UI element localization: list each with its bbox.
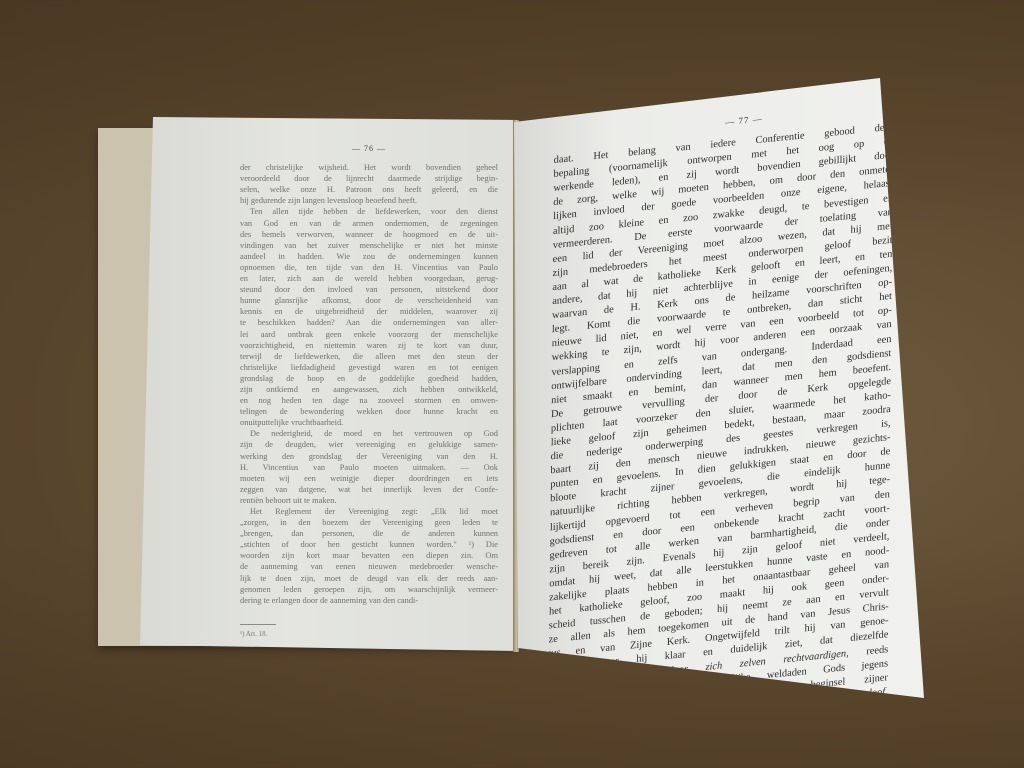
- text-line: vindingen van het zuiver menschelijke er…: [240, 240, 498, 251]
- text-line: „stichten of door hen gesticht kunnen wo…: [240, 539, 498, 550]
- text-line: woorden zijn kort maar bevatten een diep…: [240, 550, 498, 561]
- footnote: ¹) Art. 18.: [240, 629, 498, 640]
- text-line: veroordeeld door de lijnrecht daarmede s…: [240, 173, 498, 184]
- text-line: en later, zich aan de wereld hebben voor…: [240, 273, 498, 284]
- text-line: rentiën behoort uit te maken.: [240, 495, 498, 506]
- text-line: H. Vincentius van Paulo moeten uitmaken.…: [240, 462, 498, 473]
- text-line: opnoemen die, ten tijde van den H. Vince…: [240, 262, 498, 273]
- text-line: terwijl de liefdewerken, die alleen met …: [240, 351, 498, 362]
- text-line: Het Reglement der Vereeniging zegt: „Elk…: [240, 506, 498, 517]
- text-line: hij gedurende zijn langen levensloop beo…: [240, 195, 498, 206]
- text-line: „brengen, dan personen, die de anderen k…: [240, 528, 498, 539]
- text-line: Ten allen tijde hebben de liefdewerken, …: [240, 206, 498, 217]
- text-line: steund door den invloed van personen, ui…: [240, 284, 498, 295]
- left-page-lines: der christelijke wijsheid. Het wordt bov…: [240, 162, 498, 606]
- text-line: zeggen van datgene, wat het innerlijk le…: [240, 484, 498, 495]
- text-line: lei aard ontbrak geen enkele voorzorg de…: [240, 329, 498, 340]
- text-line: De nederigheid, de moed en het vertrouwe…: [240, 428, 498, 439]
- right-page: — 77 — daat. Het belang van iedere Confe…: [514, 78, 924, 700]
- text-line: „zorgen, in den boezem der Vereeniging g…: [240, 517, 498, 528]
- text-line: onuitputtelijke vruchtbaarheid.: [240, 417, 498, 428]
- right-page-text: — 77 — daat. Het belang van iedere Confe…: [548, 99, 894, 700]
- text-line: telingen de bewondering wekken door hunn…: [240, 406, 498, 417]
- text-line: zijn ontkiemd en aangewassen, zich hebbe…: [240, 384, 498, 395]
- left-page: — 76 — der christelijke wijsheid. Het wo…: [140, 117, 518, 651]
- text-line: werking den grondslag der Vereeniging va…: [240, 451, 498, 462]
- footnote-rule: [240, 624, 276, 625]
- left-page-text: — 76 — der christelijke wijsheid. Het wo…: [240, 143, 498, 640]
- right-page-lines: daat. Het belang van iedere Conferentie …: [548, 121, 894, 700]
- text-line: van God en van de armen ondernomen, de z…: [240, 218, 498, 229]
- text-line: selen, welke onze H. Patroon ons heeft g…: [240, 184, 498, 195]
- text-line: grondslag de hoop en de goddelijke goedh…: [240, 373, 498, 384]
- text-line: hunne glansrijke afkomst, door de versch…: [240, 295, 498, 306]
- text-line: kennis en de uitgebreidheid der middelen…: [240, 306, 498, 317]
- text-line: voorzichtigheid, en niettemin waren zij …: [240, 340, 498, 351]
- text-line: der christelijke wijsheid. Het wordt bov…: [240, 162, 498, 173]
- text-line: genomen leden geroepen zijn, om waarschi…: [240, 584, 498, 595]
- text-line: aandeel in hadden. Wie zou de ondernemin…: [240, 251, 498, 262]
- left-page-number: — 76 —: [240, 143, 498, 154]
- text-line: moeten wij een weinigje dieper doordring…: [240, 473, 498, 484]
- text-line: christelijke liefdadigheid gevestigd war…: [240, 362, 498, 373]
- text-line: des hemels verworven, wanneer de hoogmoe…: [240, 229, 498, 240]
- text-line: de aanneming van eenen nieuwen medebroed…: [240, 561, 498, 572]
- text-line: zijn de deugden, wier vereeniging en gel…: [240, 439, 498, 450]
- text-line: lijk te doen zijn, moet de deugd van elk…: [240, 573, 498, 584]
- text-line: te beschikken hadden? Aan die ondernemin…: [240, 317, 498, 328]
- text-line: en nog heden ten dage na zooveel stormen…: [240, 395, 498, 406]
- text-line: dering te erlangen door de aanneming van…: [240, 595, 498, 606]
